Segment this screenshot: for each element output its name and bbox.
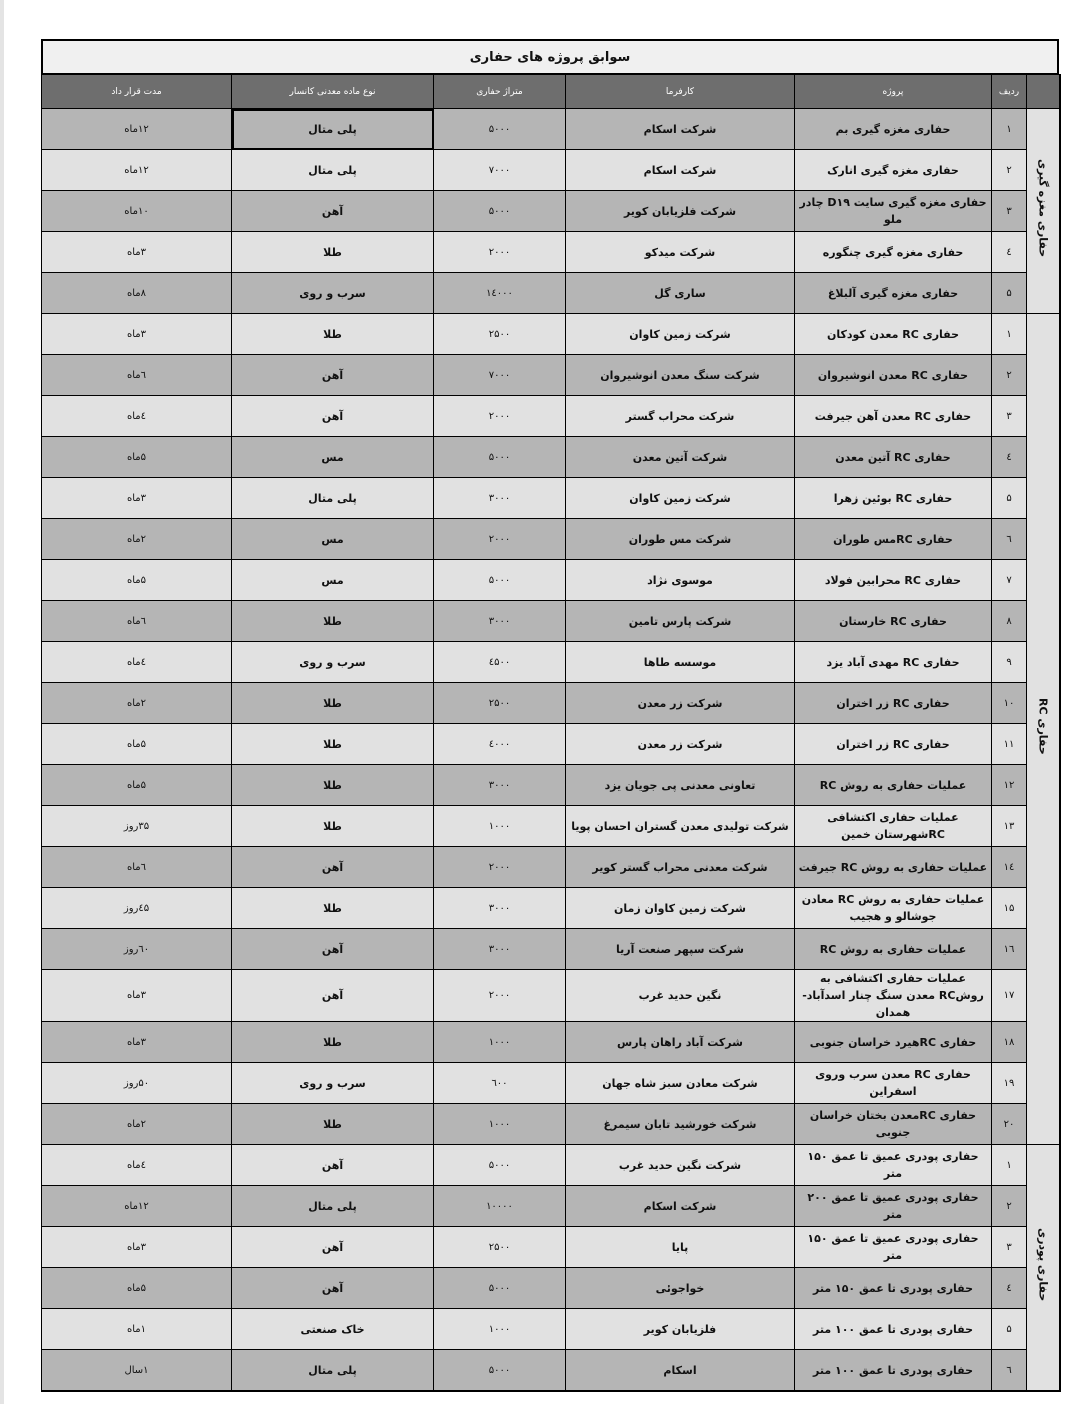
table-row: ۱۰حفاری RC زر اخترانشرکت زر معدن۲۵۰۰طلا۲…: [42, 683, 1060, 724]
employer-cell: شرکت تولیدی معدن گستران احسان پویا: [566, 806, 795, 847]
meterage-cell: ۳۰۰۰: [434, 929, 566, 970]
group-label: حفاری پودری: [1034, 1228, 1051, 1301]
employer-cell: شرکت معادن سبز شاه جهان: [566, 1063, 795, 1104]
row-number-cell: ۵: [992, 1309, 1027, 1350]
employer-cell: شرکت نگین حدید غرب: [566, 1145, 795, 1186]
mineral-cell: مس: [232, 437, 434, 478]
project-cell: حفاری RC خارستان: [795, 601, 992, 642]
mineral-cell: سرب و روی: [232, 1063, 434, 1104]
group-label-cell: حفاری مغزه گیری: [1027, 109, 1060, 314]
project-cell: حفاری پودری عمیق تا عمق ۱۵۰ متر: [795, 1145, 992, 1186]
duration-cell: ۲ماه: [42, 683, 232, 724]
employer-cell: شرکت زر معدن: [566, 683, 795, 724]
row-number-cell: ۹: [992, 642, 1027, 683]
duration-cell: ٤ماه: [42, 1145, 232, 1186]
duration-cell: ۸ماه: [42, 273, 232, 314]
meterage-cell: ۱۰۰۰: [434, 1309, 566, 1350]
row-number-cell: ٤: [992, 1268, 1027, 1309]
table-row: ۱۷عملیات حفاری اکتشافی به روشRC معدن سنگ…: [42, 970, 1060, 1022]
meterage-cell: ۲۵۰۰: [434, 1227, 566, 1268]
employer-cell: شرکت اسکام: [566, 1186, 795, 1227]
table-row: ۱٦عملیات حفاری به روش RCشرکت سپهر صنعت آ…: [42, 929, 1060, 970]
meterage-cell: ۱۰۰۰: [434, 1104, 566, 1145]
meterage-cell: ۳۰۰۰: [434, 888, 566, 929]
duration-cell: ۱۲ماه: [42, 1186, 232, 1227]
project-cell: عملیات حفاری اکتشافی RCشهرستان خمین: [795, 806, 992, 847]
meterage-cell: ۱٤۰۰۰: [434, 273, 566, 314]
row-number-cell: ۱۷: [992, 970, 1027, 1022]
table-row: ۵حفاری پودری تا عمق ۱۰۰ مترفلزیابان کویر…: [42, 1309, 1060, 1350]
row-number-cell: ٤: [992, 437, 1027, 478]
meterage-cell: ۳۰۰۰: [434, 765, 566, 806]
row-number-cell: ۷: [992, 560, 1027, 601]
duration-cell: ٦ماه: [42, 601, 232, 642]
duration-cell: ٦ماه: [42, 355, 232, 396]
table-row: ۲حفاری مغزه گیری انارکشرکت اسکام۷۰۰۰پلی …: [42, 150, 1060, 191]
project-cell: حفاری مغزه گیری چنگوره: [795, 232, 992, 273]
meterage-cell: ۲۰۰۰: [434, 232, 566, 273]
mineral-cell: طلا: [232, 888, 434, 929]
page-margin-strip: [0, 0, 4, 1404]
row-number-cell: ۲: [992, 355, 1027, 396]
project-cell: حفاری RCمعدن بختان خراسان جنوبی: [795, 1104, 992, 1145]
table-row: ۵حفاری RC بوئین زهراشرکت زمین کاوان۳۰۰۰پ…: [42, 478, 1060, 519]
table-row: حفاری پودری۱حفاری پودری عمیق تا عمق ۱۵۰ …: [42, 1145, 1060, 1186]
duration-cell: ٤ماه: [42, 642, 232, 683]
duration-cell: ۳۵روز: [42, 806, 232, 847]
header-row-no: ردیف: [992, 75, 1027, 109]
project-cell: حفاری مغزه گیری آلبلاغ: [795, 273, 992, 314]
row-number-cell: ۵: [992, 478, 1027, 519]
row-number-cell: ۳: [992, 1227, 1027, 1268]
row-number-cell: ۸: [992, 601, 1027, 642]
employer-cell: نگین حدید غرب: [566, 970, 795, 1022]
mineral-cell: مس: [232, 519, 434, 560]
row-number-cell: ۱: [992, 109, 1027, 150]
employer-cell: شرکت فلزیابان کویر: [566, 191, 795, 232]
row-number-cell: ۱٦: [992, 929, 1027, 970]
row-number-cell: ۱۱: [992, 724, 1027, 765]
mineral-cell: پلی متال: [232, 150, 434, 191]
duration-cell: ۲ماه: [42, 519, 232, 560]
duration-cell: ۳ماه: [42, 314, 232, 355]
employer-cell: شرکت محراب گستر: [566, 396, 795, 437]
project-cell: حفاری مغزه گیری انارک: [795, 150, 992, 191]
project-cell: حفاری RCمس طوران: [795, 519, 992, 560]
employer-cell: موسسه طاها: [566, 642, 795, 683]
employer-cell: شرکت آباد راهان پارس: [566, 1022, 795, 1063]
table-row: ٤حفاری مغزه گیری چنگورهشرکت میدکو۲۰۰۰طلا…: [42, 232, 1060, 273]
mineral-cell: طلا: [232, 1104, 434, 1145]
table-row: ۳حفاری پودری عمیق تا عمق ۱۵۰ مترپایا۲۵۰۰…: [42, 1227, 1060, 1268]
mineral-cell: طلا: [232, 806, 434, 847]
table-row: ۸حفاری RC خارستانشرکت پارس تامین۳۰۰۰طلا٦…: [42, 601, 1060, 642]
meterage-cell: ۵۰۰۰: [434, 1350, 566, 1392]
duration-cell: ٤۵روز: [42, 888, 232, 929]
project-cell: حفاری مغزه گیری سایت D۱۹ چادر ملو: [795, 191, 992, 232]
table-row: ۳حفاری مغزه گیری سایت D۱۹ چادر ملوشرکت ف…: [42, 191, 1060, 232]
project-cell: حفاری RC معدن سرب وروی اسفراین: [795, 1063, 992, 1104]
row-number-cell: ۱۲: [992, 765, 1027, 806]
employer-cell: فلزیابان کویر: [566, 1309, 795, 1350]
mineral-cell: طلا: [232, 232, 434, 273]
row-number-cell: ۱۳: [992, 806, 1027, 847]
table-row: ۹حفاری RC مهدی آباد یزدموسسه طاها٤۵۰۰سرب…: [42, 642, 1060, 683]
row-number-cell: ۲: [992, 150, 1027, 191]
header-employer: کارفرما: [566, 75, 795, 109]
row-number-cell: ۱۹: [992, 1063, 1027, 1104]
employer-cell: شرکت زمین کاوان: [566, 314, 795, 355]
mineral-cell: آهن: [232, 1227, 434, 1268]
duration-cell: ۵ماه: [42, 724, 232, 765]
table-row: ٦حفاری پودری تا عمق ۱۰۰ متراسکام۵۰۰۰پلی …: [42, 1350, 1060, 1392]
meterage-cell: ۱۰۰۰: [434, 1022, 566, 1063]
duration-cell: ۱۲ماه: [42, 109, 232, 150]
meterage-cell: ۷۰۰۰: [434, 150, 566, 191]
row-number-cell: ۱۵: [992, 888, 1027, 929]
project-cell: حفاری RC معدن آهن جیرفت: [795, 396, 992, 437]
group-label-cell: حفاری RC: [1027, 314, 1060, 1145]
table-row: ۷حفاری RC محرابین فولادموسوی نژاد۵۰۰۰مس۵…: [42, 560, 1060, 601]
drilling-projects-sheet: سوابق پروژه های حفاری ردیف پروژه کارفرما…: [41, 39, 1059, 1392]
table-row: ۲۰حفاری RCمعدن بختان خراسان جنوبیشرکت خو…: [42, 1104, 1060, 1145]
employer-cell: اسکام: [566, 1350, 795, 1392]
mineral-cell: آهن: [232, 970, 434, 1022]
meterage-cell: ۲۰۰۰: [434, 519, 566, 560]
meterage-cell: ٤۰۰۰: [434, 724, 566, 765]
project-cell: حفاری RC معدن کودکان: [795, 314, 992, 355]
mineral-cell: آهن: [232, 396, 434, 437]
row-number-cell: ٦: [992, 519, 1027, 560]
project-cell: حفاری RC بوئین زهرا: [795, 478, 992, 519]
table-row: ۱۳عملیات حفاری اکتشافی RCشهرستان خمینشرک…: [42, 806, 1060, 847]
meterage-cell: ۵۰۰۰: [434, 191, 566, 232]
meterage-cell: ۵۰۰۰: [434, 437, 566, 478]
mineral-cell: سرب و روی: [232, 642, 434, 683]
mineral-cell: طلا: [232, 1022, 434, 1063]
employer-cell: شرکت زمین کاوان: [566, 478, 795, 519]
duration-cell: ۳ماه: [42, 1022, 232, 1063]
employer-cell: پایا: [566, 1227, 795, 1268]
meterage-cell: ۲۵۰۰: [434, 683, 566, 724]
duration-cell: ۲ماه: [42, 1104, 232, 1145]
mineral-cell: پلی متال: [232, 1186, 434, 1227]
mineral-cell[interactable]: پلی متال: [232, 109, 434, 150]
project-cell: عملیات حفاری به روش RC: [795, 765, 992, 806]
project-cell: حفاری RC زر اختران: [795, 683, 992, 724]
employer-cell: شرکت میدکو: [566, 232, 795, 273]
employer-cell: شرکت اسکام: [566, 109, 795, 150]
group-label-cell: حفاری پودری: [1027, 1145, 1060, 1392]
mineral-cell: سرب و روی: [232, 273, 434, 314]
employer-cell: ساری گل: [566, 273, 795, 314]
table-row: ۱۵عملیات حفاری به روش RC معادن جوشالو و …: [42, 888, 1060, 929]
meterage-cell: ۱۰۰۰: [434, 806, 566, 847]
employer-cell: شرکت سپهر صنعت آریا: [566, 929, 795, 970]
employer-cell: شرکت سنگ معدن انوشیروان: [566, 355, 795, 396]
table-row: ۲حفاری پودری عمیق تا عمق ۲۰۰ مترشرکت اسک…: [42, 1186, 1060, 1227]
duration-cell: ۵ماه: [42, 765, 232, 806]
table-row: حفاری RC۱حفاری RC معدن کودکانشرکت زمین ک…: [42, 314, 1060, 355]
table-row: ۱٤عملیات حفاری به روش RC جیرفتشرکت معدنی…: [42, 847, 1060, 888]
meterage-cell: ۲۵۰۰: [434, 314, 566, 355]
table-row: ۵حفاری مغزه گیری آلبلاغساری گل۱٤۰۰۰سرب و…: [42, 273, 1060, 314]
duration-cell: ۳ماه: [42, 478, 232, 519]
meterage-cell: ۲۰۰۰: [434, 847, 566, 888]
meterage-cell: ۷۰۰۰: [434, 355, 566, 396]
mineral-cell: آهن: [232, 929, 434, 970]
group-label: حفاری RC: [1034, 698, 1051, 755]
mineral-cell: پلی متال: [232, 478, 434, 519]
employer-cell: خواجوئی: [566, 1268, 795, 1309]
project-cell: عملیات حفاری به روش RC: [795, 929, 992, 970]
table-row: ۳حفاری RC معدن آهن جیرفتشرکت محراب گستر۲…: [42, 396, 1060, 437]
project-cell: حفاری RC زر اختران: [795, 724, 992, 765]
table-row: ٤حفاری پودری تا عمق ۱۵۰ مترخواجوئی۵۰۰۰آه…: [42, 1268, 1060, 1309]
mineral-cell: آهن: [232, 847, 434, 888]
project-cell: عملیات حفاری به روش RC معادن جوشالو و هج…: [795, 888, 992, 929]
group-label: حفاری مغزه گیری: [1034, 159, 1051, 257]
row-number-cell: ۳: [992, 191, 1027, 232]
meterage-cell: ۵۰۰۰: [434, 1268, 566, 1309]
table-row: ۲حفاری RC معدن انوشیروانشرکت سنگ معدن ان…: [42, 355, 1060, 396]
row-number-cell: ۱: [992, 314, 1027, 355]
project-cell: عملیات حفاری اکتشافی به روشRC معدن سنگ چ…: [795, 970, 992, 1022]
header-mineral: نوع ماده معدنی کانسار: [232, 75, 434, 109]
header-project: پروژه: [795, 75, 992, 109]
table-row: ٦حفاری RCمس طورانشرکت مس طوران۲۰۰۰مس۲ماه: [42, 519, 1060, 560]
meterage-cell: ۱۰۰۰۰: [434, 1186, 566, 1227]
meterage-cell: ۵۰۰۰: [434, 109, 566, 150]
row-number-cell: ۱٤: [992, 847, 1027, 888]
meterage-cell: ۳۰۰۰: [434, 601, 566, 642]
table-row: ۱۲عملیات حفاری به روش RCتعاونی معدنی پی …: [42, 765, 1060, 806]
header-group: [1027, 75, 1060, 109]
mineral-cell: آهن: [232, 355, 434, 396]
table-row: ۱۱حفاری RC زر اخترانشرکت زر معدن٤۰۰۰طلا۵…: [42, 724, 1060, 765]
mineral-cell: پلی متال: [232, 1350, 434, 1392]
duration-cell: ۵ماه: [42, 437, 232, 478]
employer-cell: شرکت زر معدن: [566, 724, 795, 765]
row-number-cell: ۲: [992, 1186, 1027, 1227]
table-row: ۱۹حفاری RC معدن سرب وروی اسفراینشرکت معا…: [42, 1063, 1060, 1104]
row-number-cell: ۱۸: [992, 1022, 1027, 1063]
employer-cell: شرکت خورشید تابان سیمرغ: [566, 1104, 795, 1145]
duration-cell: ۱۰ماه: [42, 191, 232, 232]
meterage-cell: ۲۰۰۰: [434, 970, 566, 1022]
header-duration: مدت قرار داد: [42, 75, 232, 109]
project-cell: عملیات حفاری به روش RC جیرفت: [795, 847, 992, 888]
table-header-row: ردیف پروژه کارفرما متراژ حفاری نوع ماده …: [42, 75, 1060, 109]
employer-cell: شرکت آتین معدن: [566, 437, 795, 478]
employer-cell: تعاونی معدنی پی جویان یزد: [566, 765, 795, 806]
sheet-title: سوابق پروژه های حفاری: [41, 39, 1059, 74]
meterage-cell: ٤۵۰۰: [434, 642, 566, 683]
meterage-cell: ٦۰۰: [434, 1063, 566, 1104]
table-row: ٤حفاری RC آتین معدنشرکت آتین معدن۵۰۰۰مس۵…: [42, 437, 1060, 478]
duration-cell: ٦۰روز: [42, 929, 232, 970]
mineral-cell: آهن: [232, 191, 434, 232]
projects-table: ردیف پروژه کارفرما متراژ حفاری نوع ماده …: [41, 74, 1061, 1392]
table-body: حفاری مغزه گیری۱حفاری مغزه گیری بمشرکت ا…: [42, 109, 1060, 1392]
duration-cell: ٦ماه: [42, 847, 232, 888]
duration-cell: ۱۲ماه: [42, 150, 232, 191]
employer-cell: موسوی نژاد: [566, 560, 795, 601]
mineral-cell: طلا: [232, 683, 434, 724]
mineral-cell: طلا: [232, 601, 434, 642]
duration-cell: ٤ماه: [42, 396, 232, 437]
table-row: ۱۸حفاری RCهیرد خراسان جنوبیشرکت آباد راه…: [42, 1022, 1060, 1063]
duration-cell: ۳ماه: [42, 970, 232, 1022]
duration-cell: ۱ماه: [42, 1309, 232, 1350]
duration-cell: ۳ماه: [42, 232, 232, 273]
meterage-cell: ۲۰۰۰: [434, 396, 566, 437]
meterage-cell: ۳۰۰۰: [434, 478, 566, 519]
table-row: حفاری مغزه گیری۱حفاری مغزه گیری بمشرکت ا…: [42, 109, 1060, 150]
project-cell: حفاری RCهیرد خراسان جنوبی: [795, 1022, 992, 1063]
row-number-cell: ٦: [992, 1350, 1027, 1392]
mineral-cell: مس: [232, 560, 434, 601]
project-cell: حفاری مغزه گیری بم: [795, 109, 992, 150]
duration-cell: ۵۰روز: [42, 1063, 232, 1104]
employer-cell: شرکت معدنی محراب گستر کویر: [566, 847, 795, 888]
employer-cell: شرکت زمین کاوان زمان: [566, 888, 795, 929]
mineral-cell: طلا: [232, 724, 434, 765]
mineral-cell: آهن: [232, 1268, 434, 1309]
project-cell: حفاری پودری تا عمق ۱۵۰ متر: [795, 1268, 992, 1309]
project-cell: حفاری RC آتین معدن: [795, 437, 992, 478]
row-number-cell: ۳: [992, 396, 1027, 437]
row-number-cell: ۵: [992, 273, 1027, 314]
meterage-cell: ۵۰۰۰: [434, 560, 566, 601]
project-cell: حفاری پودری تا عمق ۱۰۰ متر: [795, 1350, 992, 1392]
row-number-cell: ٤: [992, 232, 1027, 273]
project-cell: حفاری RC معدن انوشیروان: [795, 355, 992, 396]
employer-cell: شرکت مس طوران: [566, 519, 795, 560]
project-cell: حفاری پودری عمیق تا عمق ۱۵۰ متر: [795, 1227, 992, 1268]
header-meterage: متراژ حفاری: [434, 75, 566, 109]
meterage-cell: ۵۰۰۰: [434, 1145, 566, 1186]
mineral-cell: طلا: [232, 314, 434, 355]
row-number-cell: ۱۰: [992, 683, 1027, 724]
project-cell: حفاری RC مهدی آباد یزد: [795, 642, 992, 683]
row-number-cell: ۲۰: [992, 1104, 1027, 1145]
duration-cell: ۱سال: [42, 1350, 232, 1392]
row-number-cell: ۱: [992, 1145, 1027, 1186]
project-cell: حفاری پودری عمیق تا عمق ۲۰۰ متر: [795, 1186, 992, 1227]
mineral-cell: خاک صنعتی: [232, 1309, 434, 1350]
duration-cell: ۳ماه: [42, 1227, 232, 1268]
project-cell: حفاری پودری تا عمق ۱۰۰ متر: [795, 1309, 992, 1350]
duration-cell: ۵ماه: [42, 1268, 232, 1309]
project-cell: حفاری RC محرابین فولاد: [795, 560, 992, 601]
mineral-cell: طلا: [232, 765, 434, 806]
employer-cell: شرکت پارس تامین: [566, 601, 795, 642]
duration-cell: ۵ماه: [42, 560, 232, 601]
mineral-cell: آهن: [232, 1145, 434, 1186]
employer-cell: شرکت اسکام: [566, 150, 795, 191]
